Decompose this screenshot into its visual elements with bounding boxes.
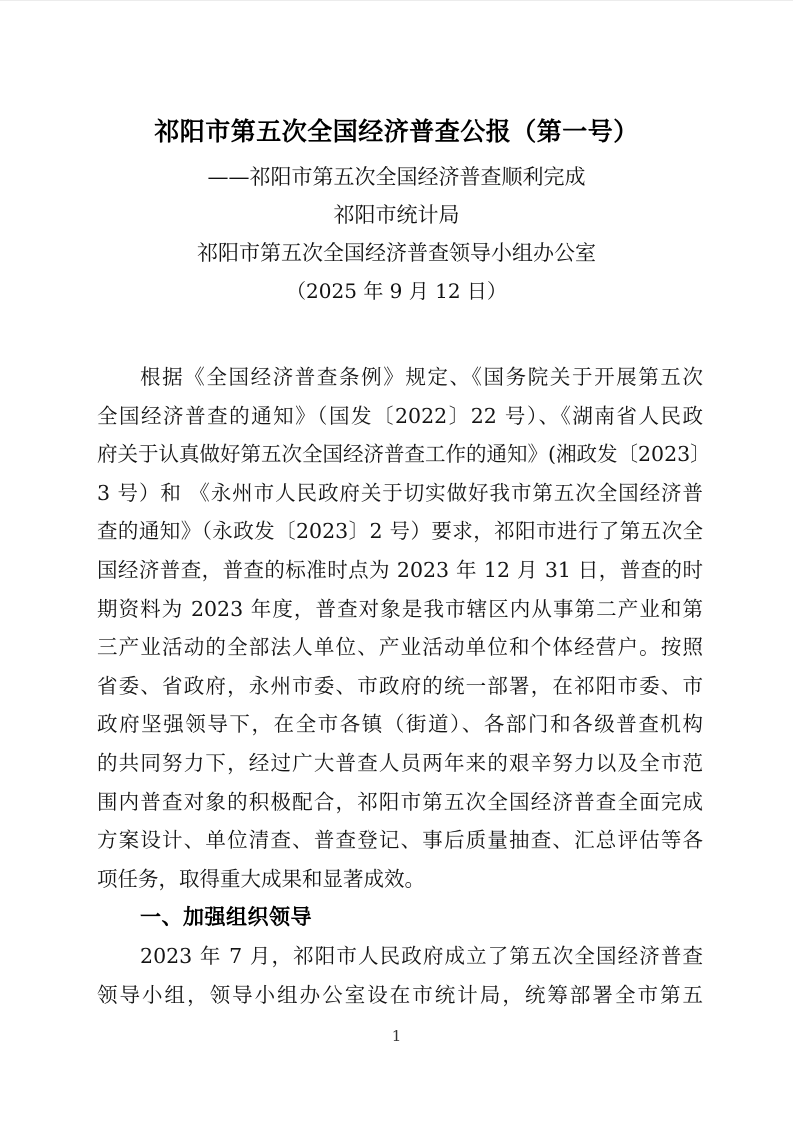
document-title: 祁阳市第五次全国经济普查公报（第一号） (0, 112, 793, 152)
body-line: 期资料为 2023 年度，普查对象是我市辖区内从事第二产业和第 (97, 590, 703, 629)
body-line: 围内普查对象的积极配合，祁阳市第五次全国经济普查全面完成 (97, 783, 703, 822)
body-line: 领导小组，领导小组办公室设在市统计局，统筹部署全市第五 (97, 976, 703, 1015)
page-number: 1 (0, 1027, 793, 1045)
body-line: 府关于认真做好第五次全国经济普查工作的通知》(湘政发〔2023〕 (97, 435, 703, 474)
body-line: 三产业活动的全部法人单位、产业活动单位和个体经营户。按照 (97, 628, 703, 667)
document-page: 祁阳市第五次全国经济普查公报（第一号） ——祁阳市第五次全国经济普查顺利完成 祁… (0, 0, 793, 1122)
body-line: 省委、省政府，永州市委、市政府的统一部署，在祁阳市委、市 (97, 667, 703, 706)
body-line: 3 号）和 《永州市人民政府关于切实做好我市第五次全国经济普 (97, 474, 703, 513)
section-heading-1: 一、加强组织领导 (97, 898, 703, 937)
document-subtitle: ——祁阳市第五次全国经济普查顺利完成 (0, 158, 793, 196)
body-line: 查的通知》（永政发〔2023〕2 号）要求，祁阳市进行了第五次全 (97, 512, 703, 551)
document-body: 根据《全国经济普查条例》规定、《国务院关于开展第五次 全国经济普查的通知》（国发… (97, 358, 703, 1014)
body-line: 2023 年 7 月，祁阳市人民政府成立了第五次全国经济普查 (97, 937, 703, 976)
document-date: （2025 年 9 月 12 日） (0, 272, 793, 310)
issuer-statistics-bureau: 祁阳市统计局 (0, 196, 793, 234)
body-line: 国经济普查，普查的标准时点为 2023 年 12 月 31 日，普查的时 (97, 551, 703, 590)
body-line: 政府坚强领导下，在全市各镇（街道）、各部门和各级普查机构 (97, 705, 703, 744)
body-line: 根据《全国经济普查条例》规定、《国务院关于开展第五次 (97, 358, 703, 397)
issuer-census-leading-group-office: 祁阳市第五次全国经济普查领导小组办公室 (0, 234, 793, 272)
body-line: 方案设计、单位清查、普查登记、事后质量抽查、汇总评估等各 (97, 821, 703, 860)
body-line: 全国经济普查的通知》（国发〔2022〕22 号）、《湖南省人民政 (97, 397, 703, 436)
body-line: 的共同努力下，经过广大普查人员两年来的艰辛努力以及全市范 (97, 744, 703, 783)
body-line: 项任务，取得重大成果和显著成效。 (97, 860, 703, 899)
